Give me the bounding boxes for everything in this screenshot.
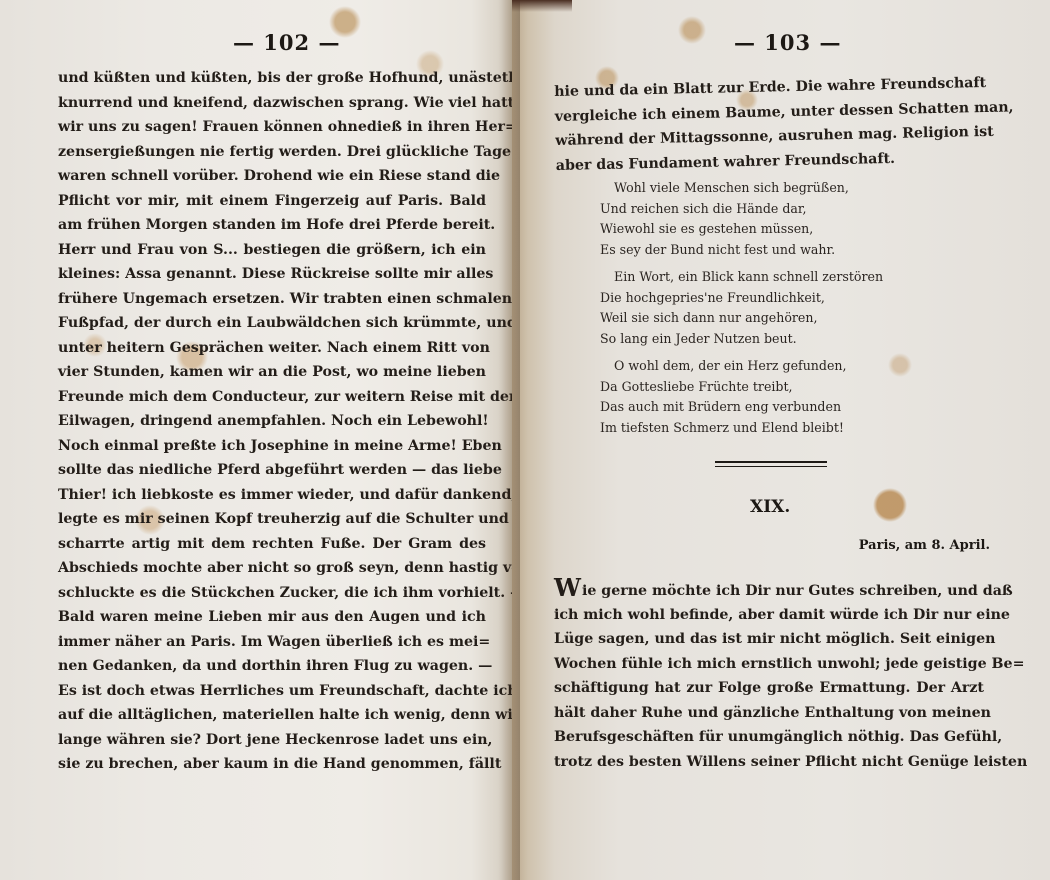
left-page-text: und küßten und küßten, bis der große Hof… bbox=[58, 66, 486, 777]
text-line: scharrte artig mit dem rechten Fuße. Der… bbox=[58, 532, 486, 557]
poem-line: Weil sie sich dann nur angehören, bbox=[600, 308, 974, 329]
text-line: auf die alltäglichen, materiellen halte … bbox=[58, 703, 486, 728]
text-line: sollte das niedliche Pferd abgeführt wer… bbox=[58, 458, 486, 483]
left-page: — 102 — und küßten und küßten, bis der g… bbox=[0, 0, 512, 880]
text-line: ich mich wohl befinde, aber damit würde … bbox=[554, 603, 984, 628]
poem-line: Die hochgepries'ne Freundlichkeit, bbox=[600, 288, 974, 309]
text-line: Herr und Frau von S... bestiegen die grö… bbox=[58, 238, 486, 263]
text-line: Noch einmal preßte ich Josephine in mein… bbox=[58, 434, 486, 459]
text-line: nen Gedanken, da und dorthin ihren Flug … bbox=[58, 654, 486, 679]
text-line: sie zu brechen, aber kaum in die Hand ge… bbox=[58, 752, 486, 777]
text-line: schluckte es die Stückchen Zucker, die i… bbox=[58, 581, 486, 606]
poem-line: Ein Wort, ein Blick kann schnell zerstör… bbox=[614, 267, 974, 288]
text-line: vier Stunden, kamen wir an die Post, wo … bbox=[58, 360, 486, 385]
text-line: Berufsgeschäften für unumgänglich nöthig… bbox=[554, 725, 984, 750]
page-number-left: — 102 — bbox=[233, 30, 340, 55]
text-line: Es ist doch etwas Herrliches um Freundsc… bbox=[58, 679, 486, 704]
chapter-heading: XIX. bbox=[750, 497, 790, 517]
chapter-text: Wie gerne möchte ich Dir nur Gutes schre… bbox=[554, 578, 984, 774]
page-number-right: — 103 — bbox=[734, 30, 841, 55]
poem-line: Es sey der Bund nicht fest und wahr. bbox=[600, 240, 974, 261]
section-divider-rule bbox=[715, 461, 827, 467]
poem-line: Wiewohl sie es gestehen müssen, bbox=[600, 219, 974, 240]
poem-stanza: Wohl viele Menschen sich begrüßen, Und r… bbox=[614, 178, 974, 260]
binding-edge bbox=[512, 0, 572, 12]
text-line: zensergießungen nie fertig werden. Drei … bbox=[58, 140, 486, 165]
text-line: Bald waren meine Lieben mir aus den Auge… bbox=[58, 605, 486, 630]
poem-line: Im tiefsten Schmerz und Elend bleibt! bbox=[600, 418, 974, 439]
text-line: kleines: Assa genannt. Diese Rückreise s… bbox=[58, 262, 486, 287]
text-line: hält daher Ruhe und gänzliche Enthaltung… bbox=[554, 701, 984, 726]
text-line: Thier! ich liebkoste es immer wieder, un… bbox=[58, 483, 486, 508]
text-line: am frühen Morgen standen im Hofe drei Pf… bbox=[58, 213, 486, 238]
book-spread: — 102 — und küßten und küßten, bis der g… bbox=[0, 0, 1050, 880]
poem: Wohl viele Menschen sich begrüßen, Und r… bbox=[614, 178, 974, 445]
text-line: Pflicht vor mir, mit einem Fingerzeig au… bbox=[58, 189, 486, 214]
text-line: frühere Ungemach ersetzen. Wir trabten e… bbox=[58, 287, 486, 312]
text-line: Lüge sagen, und das ist mir nicht möglic… bbox=[554, 627, 984, 652]
text-line: knurrend und kneifend, dazwischen sprang… bbox=[58, 91, 486, 116]
text-line: Abschieds mochte aber nicht so groß seyn… bbox=[58, 556, 486, 581]
text-line: schäftigung hat zur Folge große Ermattun… bbox=[554, 676, 984, 701]
text-line: lange währen sie? Dort jene Heckenrose l… bbox=[58, 728, 486, 753]
poem-line: So lang ein Jeder Nutzen beut. bbox=[600, 329, 974, 350]
poem-line: O wohl dem, der ein Herz gefunden, bbox=[614, 356, 974, 377]
text-line: legte es mir seinen Kopf treuherzig auf … bbox=[58, 507, 486, 532]
text-line: wir uns zu sagen! Frauen können ohnedieß… bbox=[58, 115, 486, 140]
first-line-text: ie gerne möchte ich Dir nur Gutes schrei… bbox=[582, 583, 1013, 599]
letter-dateline: Paris, am 8. April. bbox=[859, 538, 990, 553]
poem-stanza: Ein Wort, ein Blick kann schnell zerstör… bbox=[614, 267, 974, 349]
gutter-shadow bbox=[498, 0, 520, 880]
poem-line: Das auch mit Brüdern eng verbunden bbox=[600, 397, 974, 418]
text-line: waren schnell vorüber. Drohend wie ein R… bbox=[58, 164, 486, 189]
text-line: unter heitern Gesprächen weiter. Nach ei… bbox=[58, 336, 486, 361]
poem-line: Und reichen sich die Hände dar, bbox=[600, 199, 974, 220]
text-line: Fußpfad, der durch ein Laubwäldchen sich… bbox=[58, 311, 486, 336]
right-page: — 103 — hie und da ein Blatt zur Erde. D… bbox=[512, 0, 1050, 880]
poem-stanza: O wohl dem, der ein Herz gefunden, Da Go… bbox=[614, 356, 974, 438]
text-line: trotz des besten Willens seiner Pflicht … bbox=[554, 750, 984, 775]
text-line: Eilwagen, dringend anempfahlen. Noch ein… bbox=[58, 409, 486, 434]
poem-line: Wohl viele Menschen sich begrüßen, bbox=[614, 178, 974, 199]
right-page-prose: hie und da ein Blatt zur Erde. Die wahre… bbox=[554, 71, 982, 178]
text-line-first: Wie gerne möchte ich Dir nur Gutes schre… bbox=[554, 578, 984, 603]
text-line: und küßten und küßten, bis der große Hof… bbox=[58, 66, 486, 91]
poem-line: Da Gottesliebe Früchte treibt, bbox=[600, 377, 974, 398]
text-line: immer näher an Paris. Im Wagen überließ … bbox=[58, 630, 486, 655]
drop-cap: W bbox=[554, 573, 581, 602]
text-line: Freunde mich dem Conducteur, zur weitern… bbox=[58, 385, 486, 410]
text-line: Wochen fühle ich mich ernstlich unwohl; … bbox=[554, 652, 984, 677]
